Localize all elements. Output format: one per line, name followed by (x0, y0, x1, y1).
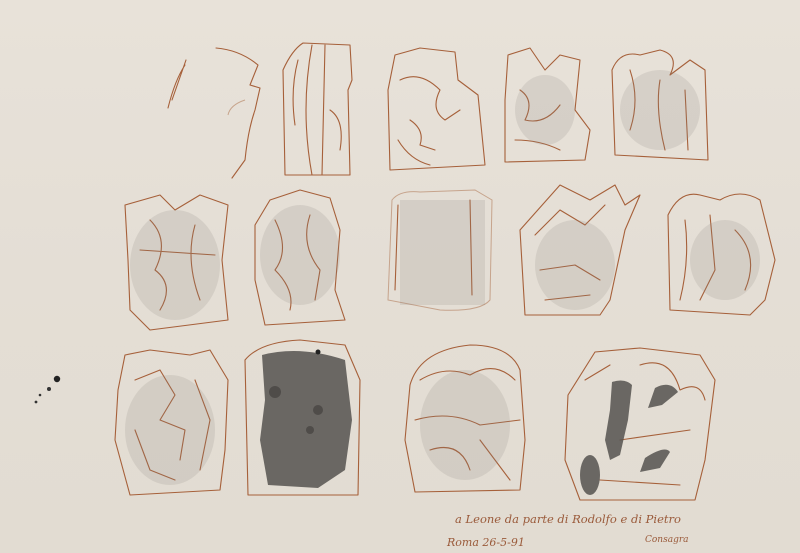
figure-spiked-form (520, 185, 640, 315)
figure-fragment-sketch (168, 48, 260, 178)
figure-pebble-form (405, 345, 525, 492)
ink-dots (35, 376, 61, 404)
figure-faint-block (388, 190, 492, 310)
signature-text: Consagra (645, 535, 689, 545)
figure-arched-form (668, 194, 775, 315)
place-date-text: Roma 26-5-91 (447, 536, 525, 549)
artwork-sheet: a Leone da parte di Rodolfo e di Pietro … (0, 0, 800, 553)
figure-wave-form (505, 48, 590, 162)
figure-striped-wash-form (565, 348, 715, 500)
figure-ink-wash-block (245, 340, 360, 495)
dedication-text: a Leone da parte di Rodolfo e di Pietro (455, 512, 681, 526)
figure-maze-form (115, 350, 228, 495)
figure-tall-form (283, 43, 352, 175)
figure-winged-form (125, 195, 228, 330)
figure-torso-form (255, 190, 345, 325)
figure-knotted-form (388, 48, 485, 170)
drawing (0, 0, 800, 553)
figure-paired-form (612, 50, 708, 160)
